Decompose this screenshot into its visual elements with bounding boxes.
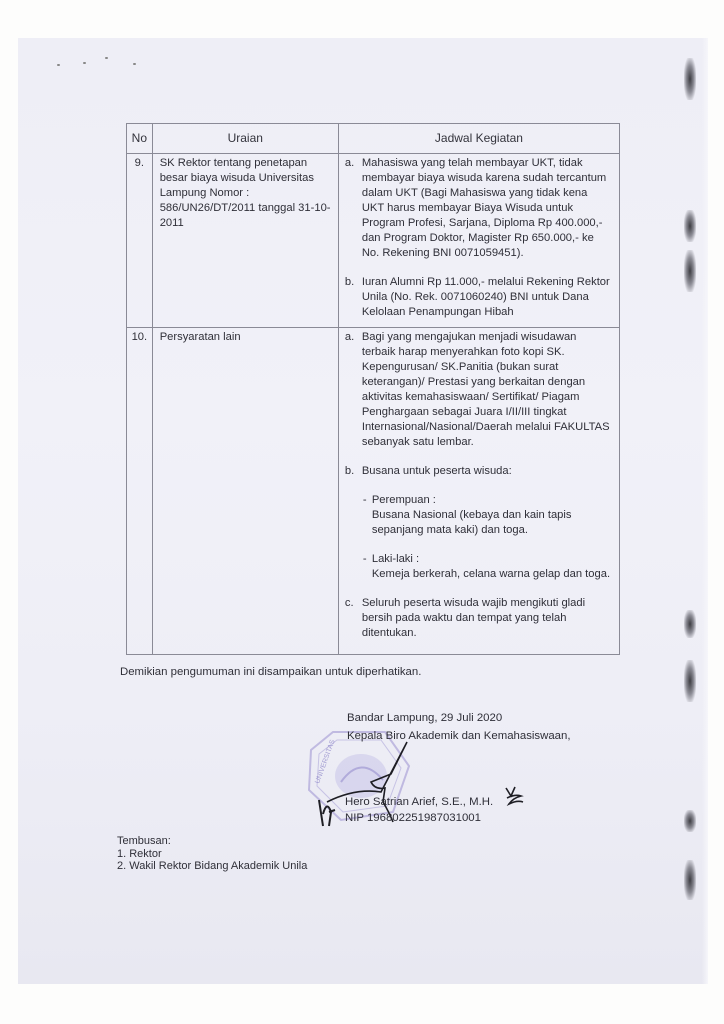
paper-speck xyxy=(83,62,86,64)
item-marker: c. xyxy=(345,596,362,641)
signer-nip: NIP 196802251987031001 xyxy=(345,810,493,826)
signer-info: Hero Satrian Arief, S.E., M.H. NIP 19680… xyxy=(345,794,493,826)
carbon-copy-recipient: 1. Rektor xyxy=(117,848,307,861)
scan-edge-mark xyxy=(684,210,696,242)
sub-item-marker: - xyxy=(363,493,372,538)
schedule-item: c. Seluruh peserta wisuda wajib mengikut… xyxy=(345,596,611,641)
signature-block: Bandar Lampung, 29 Juli 2020 Kepala Biro… xyxy=(347,709,571,745)
schedule-item: a. Bagi yang mengajukan menjadi wisudawa… xyxy=(345,330,611,450)
scan-edge-mark xyxy=(684,250,696,292)
item-marker: a. xyxy=(345,330,362,450)
carbon-copy-recipient: 2. Wakil Rektor Bidang Akademik Unila xyxy=(117,860,307,873)
header-no: No xyxy=(127,124,153,154)
scan-edge-mark xyxy=(684,860,696,900)
schedule-item: b. Busana untuk peserta wisuda: xyxy=(345,464,611,479)
scan-edge-mark xyxy=(684,810,696,832)
sub-item-title: Perempuan : xyxy=(372,493,611,508)
item-text: Seluruh peserta wisuda wajib mengikuti g… xyxy=(362,596,611,641)
scan-edge-mark xyxy=(684,610,696,638)
header-uraian: Uraian xyxy=(152,124,338,154)
item-text: Busana untuk peserta wisuda: xyxy=(362,464,611,479)
sub-item-marker: - xyxy=(363,552,372,582)
signer-name: Hero Satrian Arief, S.E., M.H. xyxy=(345,794,493,810)
item-marker: b. xyxy=(345,464,362,479)
paper-speck xyxy=(133,63,136,65)
carbon-copy-label: Tembusan: xyxy=(117,835,307,848)
closing-statement: Demikian pengumuman ini disampaikan untu… xyxy=(120,666,421,678)
item-text: Mahasiswa yang telah membayar UKT, tidak… xyxy=(362,156,611,261)
table-row: 10. Persyaratan lain a. Bagi yang mengaj… xyxy=(127,328,620,655)
place-date: Bandar Lampung, 29 Juli 2020 xyxy=(347,709,571,727)
paper-speck xyxy=(105,57,108,59)
item-marker: b. xyxy=(345,275,362,320)
scan-edge-mark xyxy=(684,660,696,702)
paper-speck xyxy=(57,64,60,66)
sub-item-perempuan: - Perempuan : Busana Nasional (kebaya da… xyxy=(345,493,611,538)
schedule-table: No Uraian Jadwal Kegiatan 9. SK Rektor t… xyxy=(126,123,620,655)
table-row: 9. SK Rektor tentang penetapan besar bia… xyxy=(127,154,620,328)
row-number: 9. xyxy=(127,154,153,328)
row-description: Persyaratan lain xyxy=(152,328,338,655)
item-text: Bagi yang mengajukan menjadi wisudawan t… xyxy=(362,330,611,450)
table-header-row: No Uraian Jadwal Kegiatan xyxy=(127,124,620,154)
sub-item-text: Kemeja berkerah, celana warna gelap dan … xyxy=(372,567,610,582)
item-text: Iuran Alumni Rp 11.000,- melalui Rekenin… xyxy=(362,275,611,320)
sub-item-laki-laki: - Laki-laki : Kemeja berkerah, celana wa… xyxy=(345,552,611,582)
sub-item-text: Busana Nasional (kebaya dan kain tapis s… xyxy=(372,508,611,538)
carbon-copy: Tembusan: 1. Rektor 2. Wakil Rektor Bida… xyxy=(117,835,307,873)
sub-item-title: Laki-laki : xyxy=(372,552,610,567)
schedule-item: a. Mahasiswa yang telah membayar UKT, ti… xyxy=(345,156,611,261)
header-jadwal-kegiatan: Jadwal Kegiatan xyxy=(338,124,619,154)
row-schedule: a. Bagi yang mengajukan menjadi wisudawa… xyxy=(338,328,619,655)
initial-paraph-icon xyxy=(503,784,525,806)
row-number: 10. xyxy=(127,328,153,655)
row-description: SK Rektor tentang penetapan besar biaya … xyxy=(152,154,338,328)
schedule-item: b. Iuran Alumni Rp 11.000,- melalui Reke… xyxy=(345,275,611,320)
scan-edge-mark xyxy=(684,58,696,100)
item-marker: a. xyxy=(345,156,362,261)
signer-position: Kepala Biro Akademik dan Kemahasiswaan, xyxy=(347,727,571,745)
row-schedule: a. Mahasiswa yang telah membayar UKT, ti… xyxy=(338,154,619,328)
